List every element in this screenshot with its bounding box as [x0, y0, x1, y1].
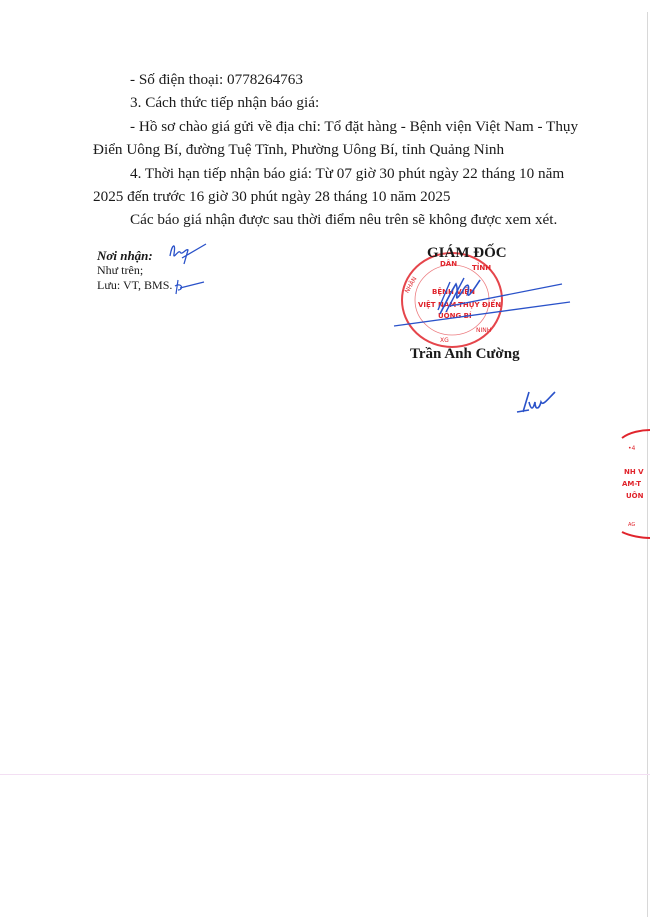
svg-text:UÔN: UÔN	[626, 491, 644, 500]
section-3-title: 3. Cách thức tiếp nhận báo giá:	[130, 94, 319, 112]
receiver-item: Lưu: VT, BMS.	[97, 278, 172, 293]
svg-text:AG: AG	[628, 522, 635, 528]
address-line-2: Điển Uông Bí, đường Tuệ Tĩnh, Phường Uôn…	[93, 141, 504, 159]
signature-position: GIÁM ĐỐC	[427, 245, 507, 262]
initial-signature-icon	[160, 238, 220, 268]
initial-signature-icon	[172, 276, 212, 298]
svg-text:AM-T: AM-T	[622, 480, 641, 488]
partial-stamp-icon: •4 NH V AM-T UÔN AG	[618, 428, 650, 540]
svg-text:NH V: NH V	[624, 468, 644, 476]
page-divider-line	[0, 774, 650, 775]
address-line-1: - Hồ sơ chào giá gửi về địa chỉ: Tổ đặt …	[130, 118, 578, 136]
note-line: Các báo giá nhận được sau thời điểm nêu …	[130, 211, 557, 229]
initial-signature-icon	[515, 388, 565, 418]
section-4-line-1: 4. Thời hạn tiếp nhận báo giá: Từ 07 giờ…	[130, 165, 564, 183]
svg-text:•4: •4	[628, 445, 636, 452]
phone-line: - Số điện thoại: 0778264763	[130, 71, 303, 89]
document-page: - Số điện thoại: 0778264763 3. Cách thức…	[0, 0, 650, 919]
director-signature-icon	[390, 262, 580, 342]
signer-name: Trần Anh Cường	[410, 346, 520, 363]
section-4-line-2: 2025 đến trước 16 giờ 30 phút ngày 28 th…	[93, 188, 451, 206]
